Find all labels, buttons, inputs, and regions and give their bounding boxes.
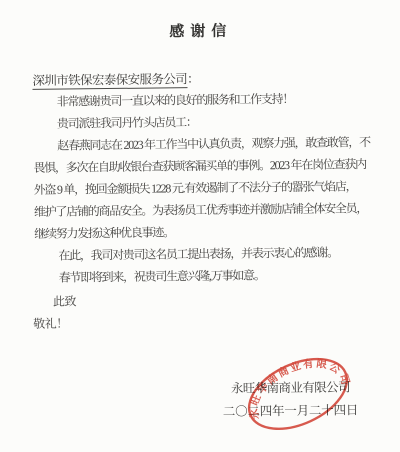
recipient-line: 深圳市铁保宏泰保安服务公司： xyxy=(32,69,199,89)
company-stamp: 永旺华南商业有限公司 xyxy=(237,343,358,444)
body-line-1: 非常感谢贵司一直以来的良好的服务和工作支持！ xyxy=(57,90,294,110)
scanned-letter-page: 感谢信 深圳市铁保宏泰保安服务公司： 非常感谢贵司一直以来的良好的服务和工作支持… xyxy=(0,0,400,452)
body-line-7: 继续努力发扬这种优良事迹。 xyxy=(34,223,174,242)
body-line-6: 维护了店铺的商品安全。为表扬员工优秀事迹并激励店铺全体安全员， xyxy=(34,199,367,220)
recipient-colon: ： xyxy=(187,72,199,86)
page-title: 感谢信 xyxy=(0,18,398,44)
body-line-5: 外盗 9 单，挽回金额损失 1228 元.有效遏制了不法分子的嚣张气焰店， xyxy=(34,177,357,198)
closing-jingli: 敬礼！ xyxy=(33,315,68,332)
body-line-8: 在此，我司对贵司这名员工提出表扬，并表示衷心的感谢。 xyxy=(58,243,338,263)
letter-content: 感谢信 深圳市铁保宏泰保安服务公司： 非常感谢贵司一直以来的良好的服务和工作支持… xyxy=(0,0,400,452)
svg-text:永旺华南商业有限公司: 永旺华南商业有限公司 xyxy=(237,343,354,430)
stamp-arc-text: 永旺华南商业有限公司 xyxy=(237,343,354,430)
body-line-3: 赵春燕同志在 2023 年工作当中认真负责，观察力强，敢查敢管，不 xyxy=(57,133,370,154)
body-line-2: 贵司派驻我司丹竹头店员工： xyxy=(57,113,197,132)
recipient-company-name: 深圳市铁保宏泰保安服务公司 xyxy=(32,72,187,90)
body-line-4: 畏惧，多次在自助收银台查获顾客漏买单的事例。2023 年在岗位查获内 xyxy=(33,155,366,176)
body-line-9: 春节即将到来，祝贵司生意兴隆,万事如意。 xyxy=(59,266,265,285)
closing-cizhi: 此致 xyxy=(53,292,76,309)
